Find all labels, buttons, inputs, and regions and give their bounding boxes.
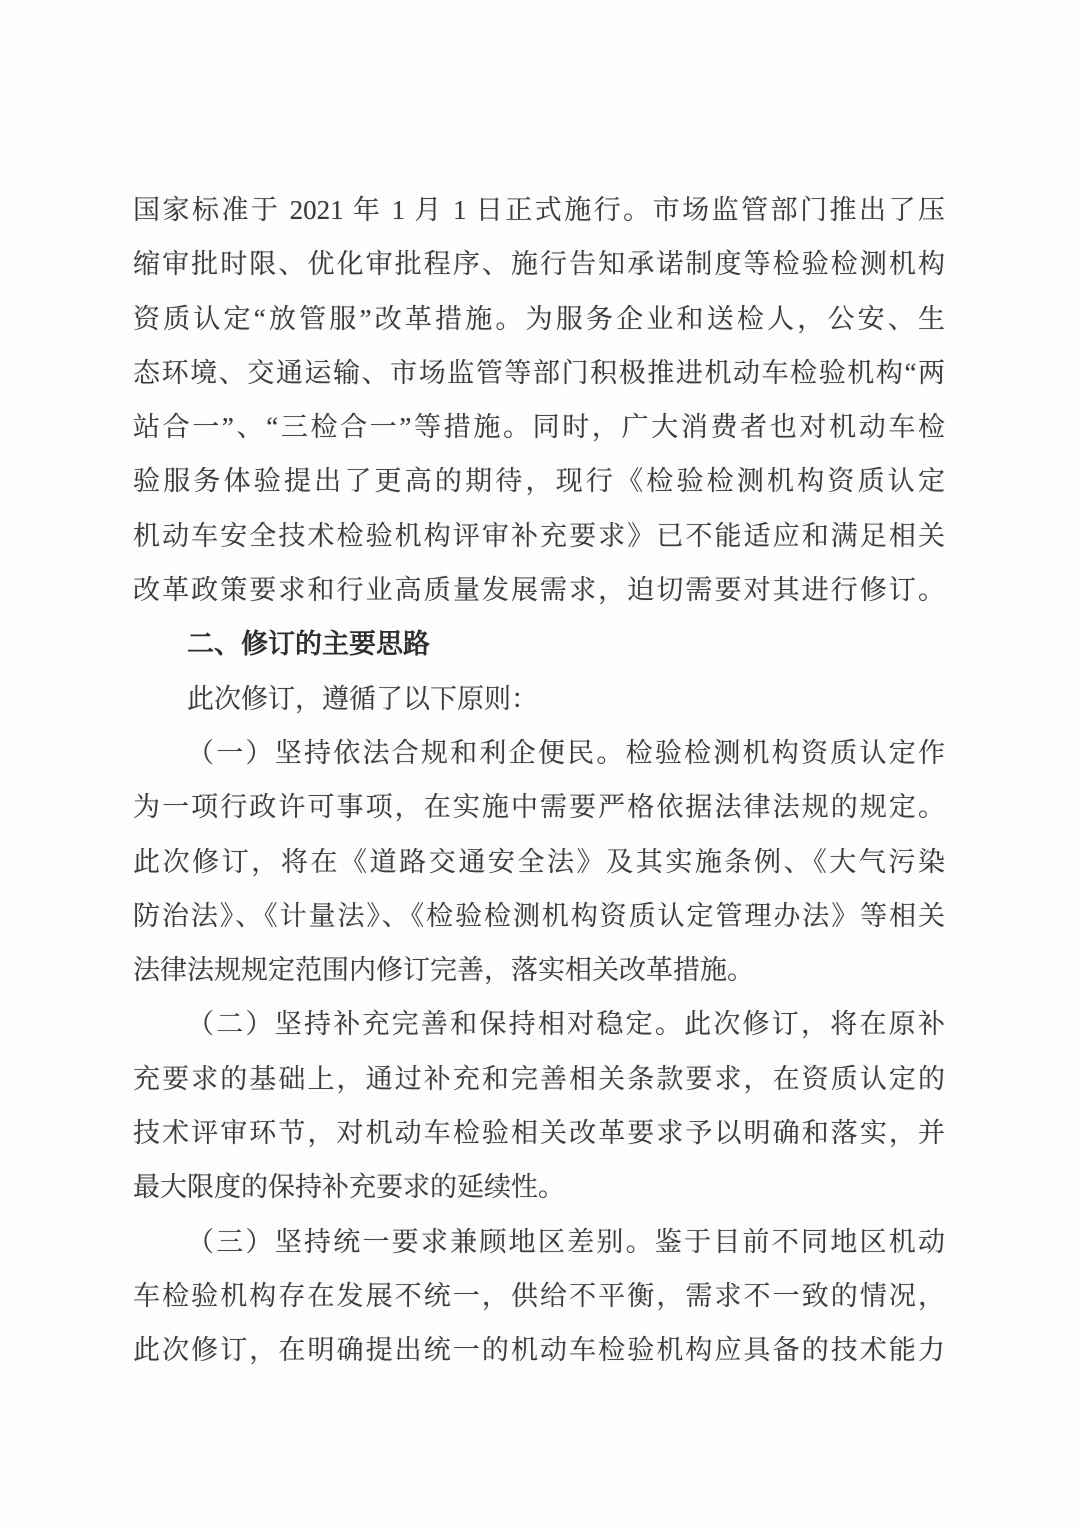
- text-line: （一）坚持依法合规和利企便民。检验检测机构资质认定作: [133, 726, 945, 780]
- text-line: 改革政策要求和行业高质量发展需求，迫切需要对其进行修订。: [133, 563, 945, 617]
- text-line: 法律法规规定范围内修订完善，落实相关改革措施。: [133, 943, 945, 997]
- text-line: 防治法》、《计量法》、《检验检测机构资质认定管理办法》等相关: [133, 889, 945, 943]
- text-line: 机动车安全技术检验机构评审补充要求》已不能适应和满足相关: [133, 509, 945, 563]
- text-line: 车检验机构存在发展不统一，供给不平衡，需求不一致的情况，: [133, 1269, 945, 1323]
- text-line: （二）坚持补充完善和保持相对稳定。此次修订，将在原补: [133, 997, 945, 1051]
- text-line: 此次修订，在明确提出统一的机动车检验机构应具备的技术能力: [133, 1323, 945, 1377]
- text-line: 此次修订，将在《道路交通安全法》及其实施条例、《大气污染: [133, 835, 945, 889]
- text-line: （三）坚持统一要求兼顾地区差别。鉴于目前不同地区机动: [133, 1215, 945, 1269]
- text-line: 国家标准于 2021 年 1 月 1 日正式施行。市场监管部门推出了压: [133, 183, 945, 237]
- document-text-block: 国家标准于 2021 年 1 月 1 日正式施行。市场监管部门推出了压缩审批时限…: [133, 183, 945, 1378]
- text-line: 资质认定“放管服”改革措施。为服务企业和送检人，公安、生: [133, 292, 945, 346]
- text-line: 缩审批时限、优化审批程序、施行告知承诺制度等检验检测机构: [133, 237, 945, 291]
- text-line: 最大限度的保持补充要求的延续性。: [133, 1160, 945, 1214]
- text-line: 充要求的基础上，通过补充和完善相关条款要求，在资质认定的: [133, 1052, 945, 1106]
- document-page: 国家标准于 2021 年 1 月 1 日正式施行。市场监管部门推出了压缩审批时限…: [0, 0, 1080, 1528]
- text-line: 为一项行政许可事项，在实施中需要严格依据法律法规的规定。: [133, 780, 945, 834]
- text-line: 站合一”、“三检合一”等措施。同时，广大消费者也对机动车检: [133, 400, 945, 454]
- text-line: 此次修订，遵循了以下原则：: [133, 672, 945, 726]
- text-line: 技术评审环节，对机动车检验相关改革要求予以明确和落实，并: [133, 1106, 945, 1160]
- text-line: 态环境、交通运输、市场监管等部门积极推进机动车检验机构“两: [133, 346, 945, 400]
- section-heading: 二、修订的主要思路: [133, 617, 945, 671]
- text-line: 验服务体验提出了更高的期待，现行《检验检测机构资质认定: [133, 454, 945, 508]
